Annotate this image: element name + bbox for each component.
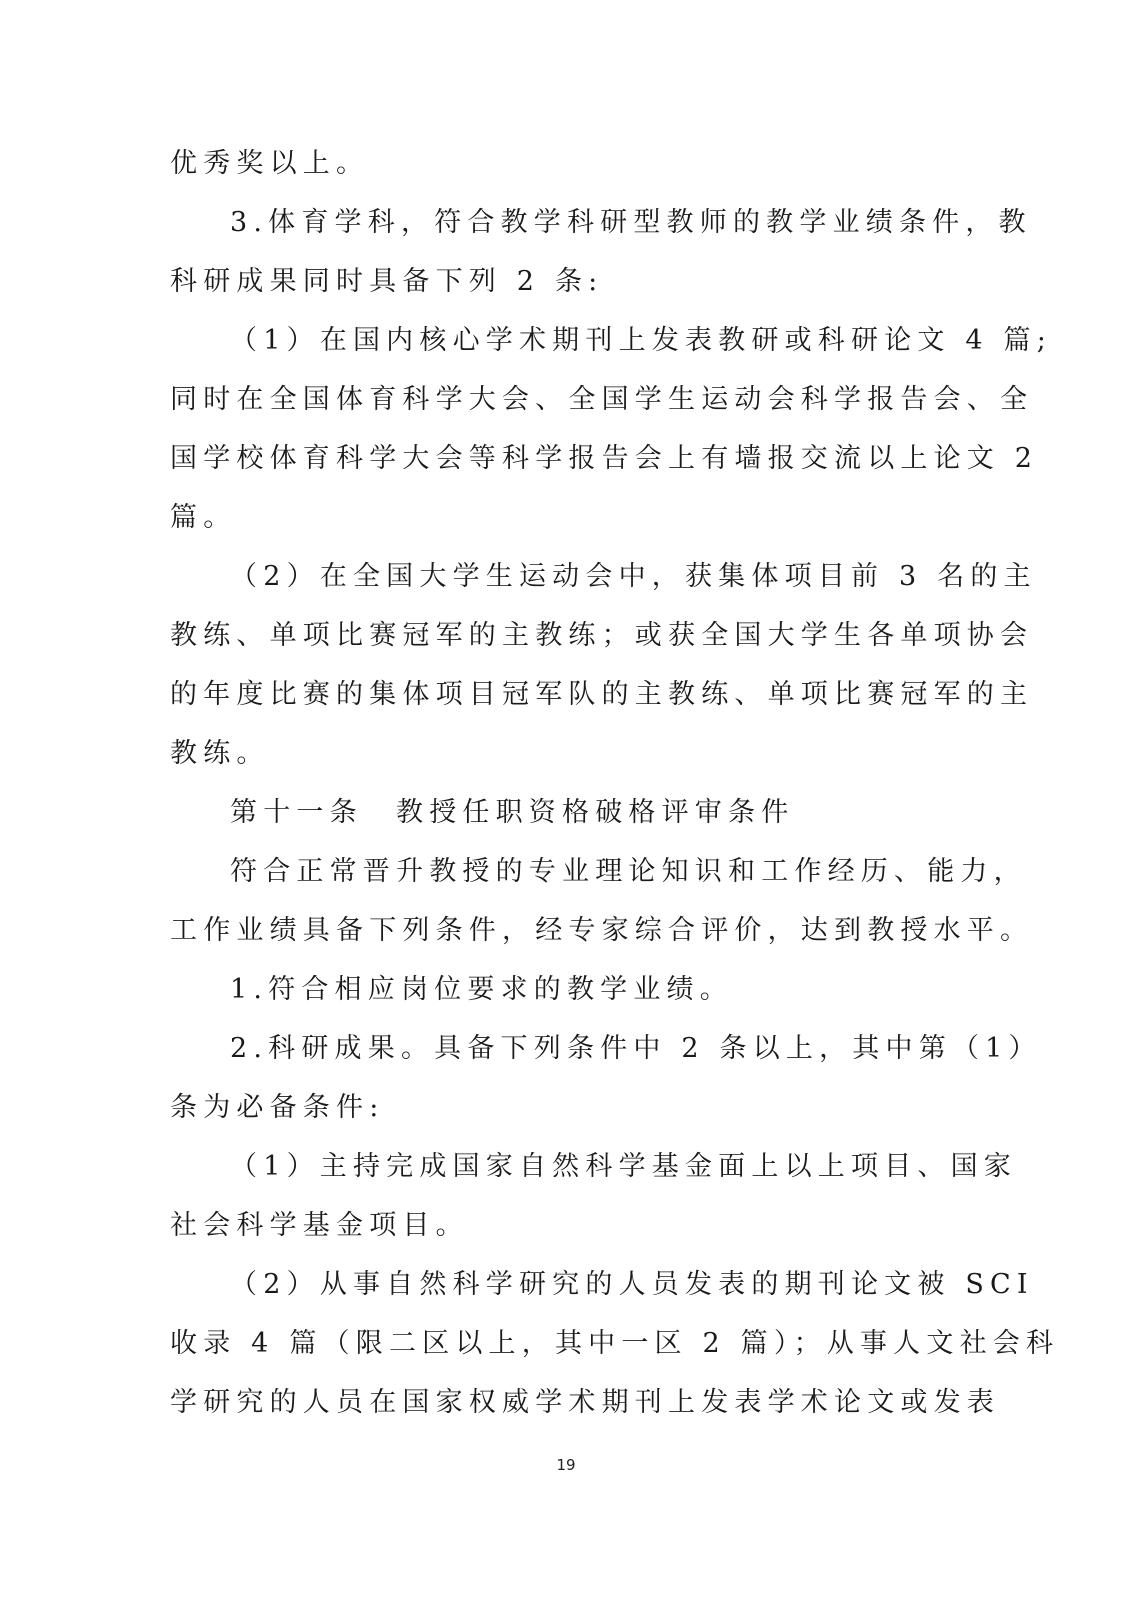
text-line: 条为必备条件: bbox=[170, 1088, 942, 1128]
text-line: 国学校体育科学大会等科学报告会上有墙报交流以上论文 2 bbox=[170, 439, 942, 479]
document-page: 优秀奖以上。3.体育学科，符合教学科研型教师的教学业绩条件，教科研成果同时具备下… bbox=[0, 0, 1132, 1600]
text-line: （2）在全国大学生运动会中，获集体项目前 3 名的主 bbox=[230, 557, 942, 597]
text-line: 1.符合相应岗位要求的教学业绩。 bbox=[230, 970, 942, 1010]
text-line: （2）从事自然科学研究的人员发表的期刊论文被 SCI bbox=[230, 1265, 942, 1305]
text-line: （1）主持完成国家自然科学基金面上以上项目、国家 bbox=[230, 1147, 942, 1187]
text-line: 收录 4 篇（限二区以上，其中一区 2 篇）；从事人文社会科 bbox=[170, 1324, 942, 1364]
text-line: 社会科学基金项目。 bbox=[170, 1206, 942, 1246]
text-line: 2.科研成果。具备下列条件中 2 条以上，其中第（1） bbox=[230, 1029, 942, 1069]
text-line: 篇。 bbox=[170, 498, 942, 538]
text-line: 教练、单项比赛冠军的主教练；或获全国大学生各单项协会 bbox=[170, 616, 942, 656]
text-line: 教练。 bbox=[170, 734, 942, 774]
text-line: 学研究的人员在国家权威学术期刊上发表学术论文或发表 bbox=[170, 1383, 942, 1423]
text-line: 工作业绩具备下列条件，经专家综合评价，达到教授水平。 bbox=[170, 911, 942, 951]
text-line: 符合正常晋升教授的专业理论知识和工作经历、能力， bbox=[230, 852, 942, 892]
text-line: 同时在全国体育科学大会、全国学生运动会科学报告会、全 bbox=[170, 380, 942, 420]
text-line: 第十一条 教授任职资格破格评审条件 bbox=[230, 793, 942, 833]
text-line: 3.体育学科，符合教学科研型教师的教学业绩条件，教 bbox=[230, 203, 942, 243]
text-line: 优秀奖以上。 bbox=[170, 144, 942, 184]
text-line: （1）在国内核心学术期刊上发表教研或科研论文 4 篇; bbox=[230, 321, 942, 361]
text-line: 的年度比赛的集体项目冠军队的主教练、单项比赛冠军的主 bbox=[170, 675, 942, 715]
page-number: 19 bbox=[0, 1456, 1132, 1474]
text-line: 科研成果同时具备下列 2 条: bbox=[170, 262, 942, 302]
